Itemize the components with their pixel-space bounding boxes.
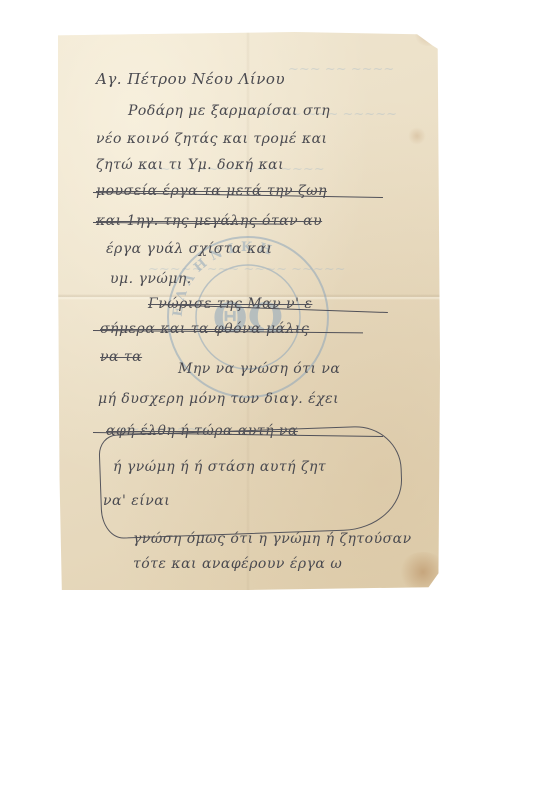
circled-passage-outline <box>98 425 403 539</box>
struck-handwritten-line: και 1ηγ. της μεγάλης όταν αυ <box>96 214 322 228</box>
handwritten-line: Μην να γνώση ότι να <box>178 362 340 376</box>
foxing-stain <box>408 127 426 145</box>
handwritten-line: Ροδάρη με ξαρμαρίσαι στη <box>128 104 330 118</box>
foxing-stain <box>413 22 443 46</box>
struck-handwritten-line: σήμερα και τα φθόνα μάλις <box>100 322 309 336</box>
scan-viewer: ~~~ ~~ ~~~~ ~~~~ ~~~ ~~~~~ ~~~~ ~~~~~ ~~… <box>0 0 549 800</box>
handwritten-line: νέο κοινό ζητάς και τρομέ και <box>96 132 328 146</box>
circled-handwritten-line: να' είναι <box>103 494 170 508</box>
foxing-stain <box>398 552 448 592</box>
circled-handwritten-line: ή γνώμη ή ή στάση αυτή ζητ <box>113 460 326 474</box>
handwritten-line: μή δυσχερη μόνη των διαγ. έχει <box>98 392 339 406</box>
letter-heading: Αγ. Πέτρου Νέου Λίνου <box>96 72 285 87</box>
handwritten-line: ζητώ και τι Υμ. δοκή και <box>96 158 284 172</box>
handwritten-line: υμ. γνώμη. <box>110 272 192 286</box>
manuscript-page: ~~~ ~~ ~~~~ ~~~~ ~~~ ~~~~~ ~~~~ ~~~~~ ~~… <box>58 32 440 590</box>
handwritten-line: τότε και αναφέρουν έργα ω <box>133 557 342 571</box>
struck-handwritten-line: να τα <box>100 350 142 364</box>
handwritten-line: γνώση όμως ότι η γνώμη ή ζητούσαν <box>133 532 412 546</box>
handwritten-line: έργα γυάλ σχίστα και <box>106 242 273 256</box>
reverse-side-bleed: ~~~ ~~ ~~~~ <box>288 62 394 77</box>
